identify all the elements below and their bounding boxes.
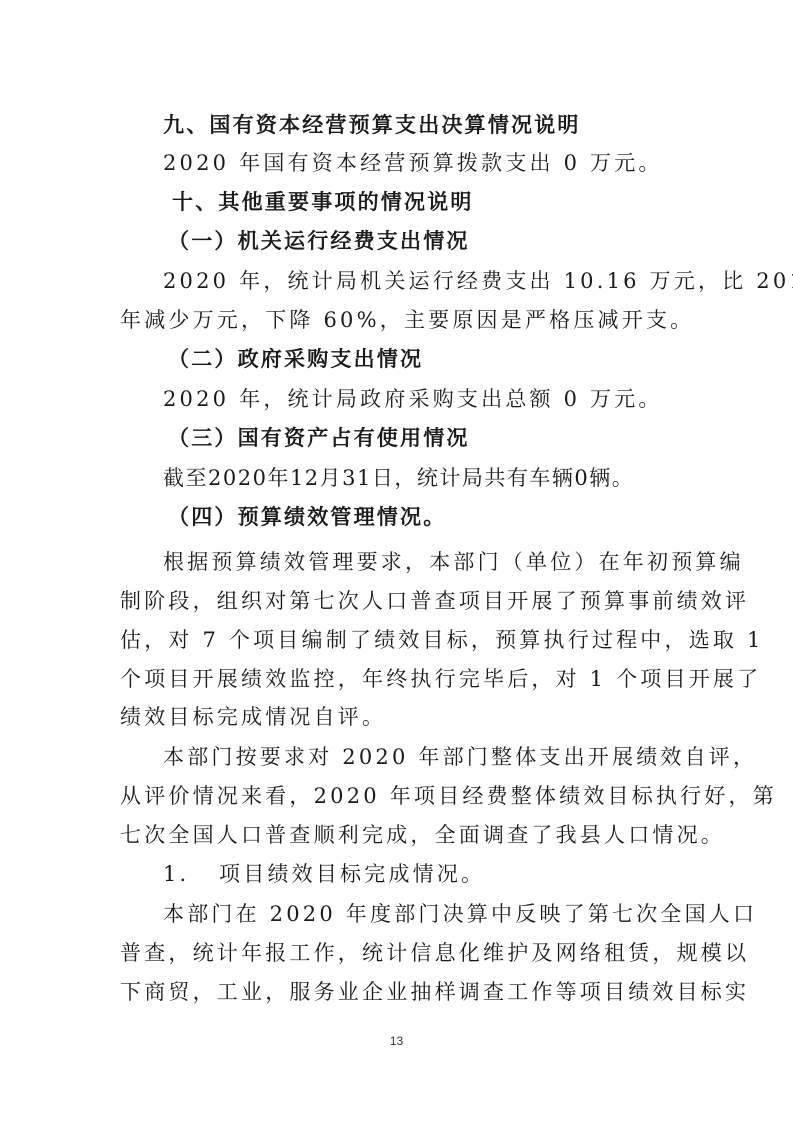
body-line: 2020 年，统计局政府采购支出总额 0 万元。 bbox=[163, 380, 676, 419]
body-line: 绩效目标完成情况自评。 bbox=[120, 698, 676, 737]
body-line: 七次全国人口普查顺利完成，全面调查了我县人口情况。 bbox=[120, 816, 676, 855]
page-number: 13 bbox=[0, 1034, 793, 1048]
body-line: 本部门在 2020 年度部门决算中反映了第七次全国人口 bbox=[163, 895, 676, 934]
body-line: 年减少万元，下降 60%，主要原因是严格压减开支。 bbox=[120, 301, 676, 340]
body-line: 截至2020年12月31日，统计局共有车辆0辆。 bbox=[163, 459, 676, 498]
body-line: 普查，统计年报工作，统计信息化维护及网络租赁，规模以 bbox=[120, 934, 676, 973]
section-heading-10: 十、其他重要事项的情况说明 bbox=[172, 183, 728, 222]
body-line: 2020 年，统计局机关运行经费支出 10.16 万元，比 2019 bbox=[163, 262, 676, 301]
body-line: 制阶段，组织对第七次人口普查项目开展了预算事前绩效评 bbox=[120, 582, 676, 621]
body-line: 下商贸，工业，服务业企业抽样调查工作等项目绩效目标实 bbox=[120, 973, 676, 1012]
subsection-heading-3: （三）国有资产占有使用情况 bbox=[168, 419, 724, 458]
subsection-heading-2: （二）政府采购支出情况 bbox=[168, 340, 724, 379]
body-line: 个项目开展绩效监控，年终执行完毕后，对 1 个项目开展了 bbox=[120, 660, 676, 699]
body-line: 从评价情况来看，2020 年项目经费整体绩效目标执行好，第 bbox=[120, 777, 676, 816]
document-page: 九、国有资本经营预算支出决算情况说明 2020 年国有资本经营预算拨款支出 0 … bbox=[0, 0, 793, 1122]
body-line: 估，对 7 个项目编制了绩效目标，预算执行过程中，选取 1 bbox=[120, 621, 676, 660]
subsection-heading-4: （四）预算绩效管理情况。 bbox=[168, 498, 724, 537]
item-heading-1: 1. 项目绩效目标完成情况。 bbox=[163, 855, 676, 894]
body-line: 本部门按要求对 2020 年部门整体支出开展绩效自评， bbox=[163, 738, 676, 777]
body-line: 根据预算绩效管理要求，本部门（单位）在年初预算编 bbox=[163, 543, 676, 582]
subsection-heading-1: （一）机关运行经费支出情况 bbox=[168, 222, 724, 261]
section-heading-9: 九、国有资本经营预算支出决算情况说明 bbox=[163, 106, 719, 145]
body-line: 2020 年国有资本经营预算拨款支出 0 万元。 bbox=[163, 144, 676, 183]
